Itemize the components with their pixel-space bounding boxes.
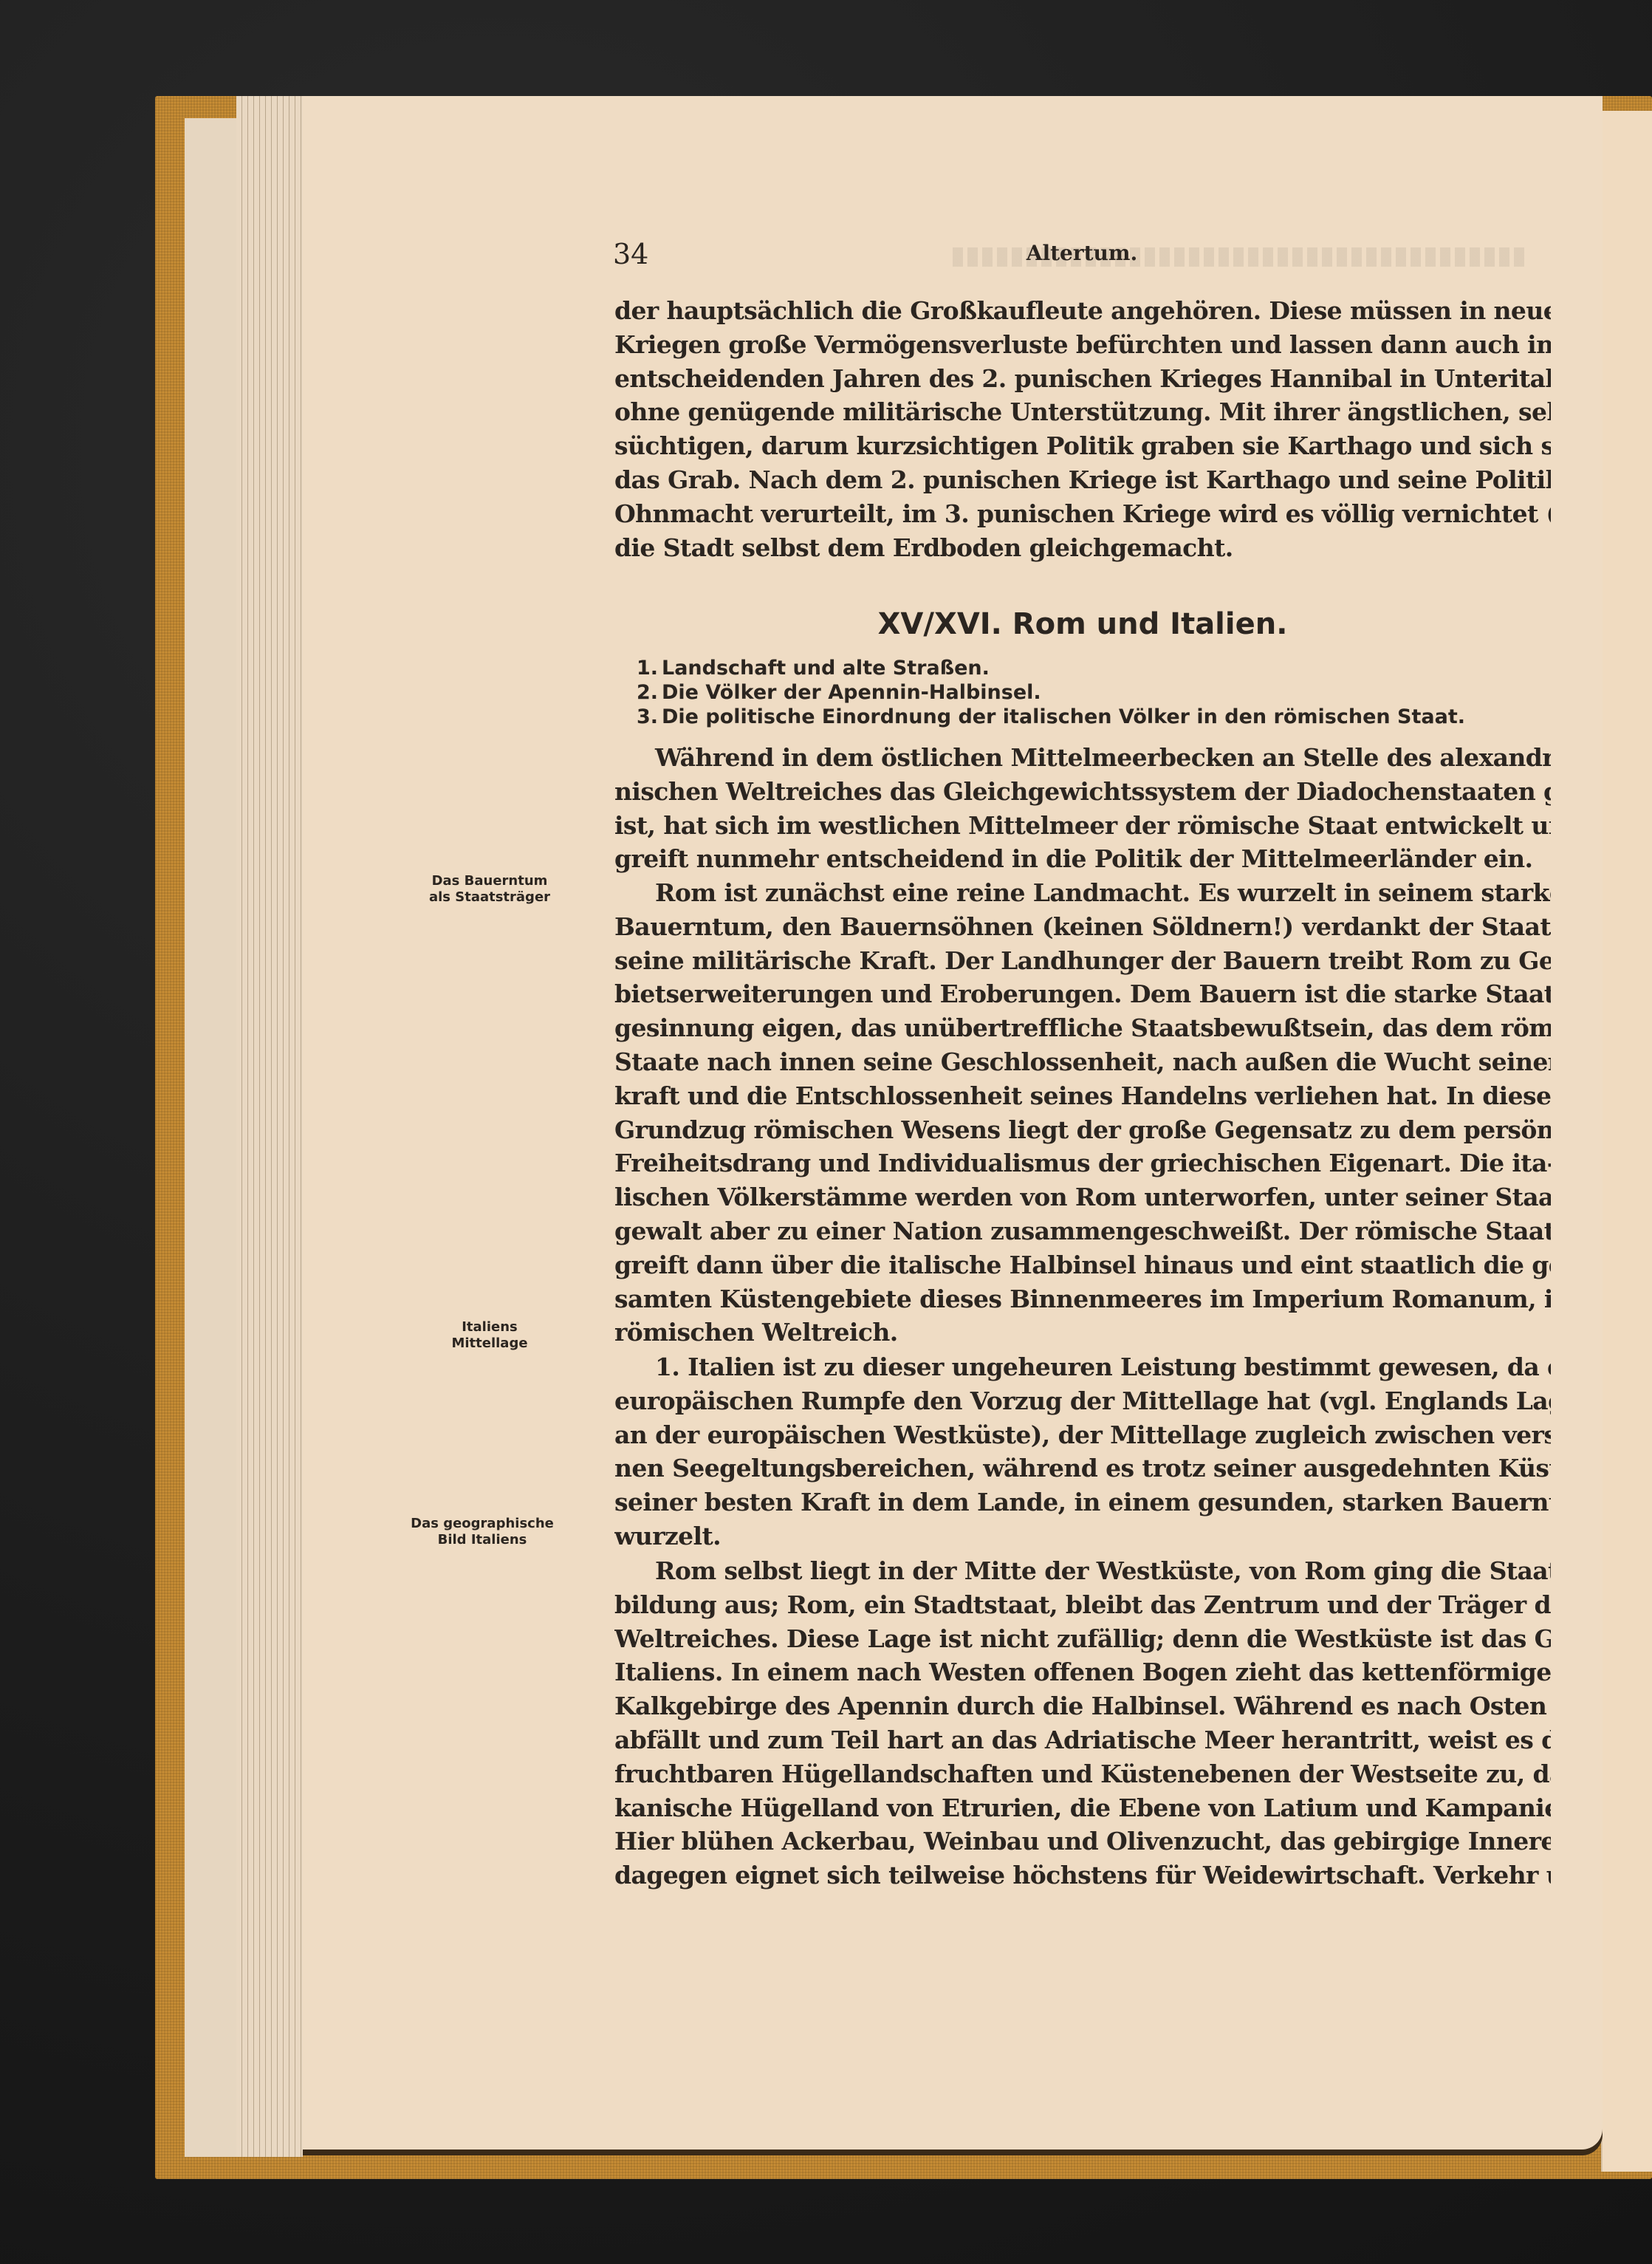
text-line: fruchtbaren Hügellandschaften und Küsten… [614, 1757, 1551, 1791]
text-line: europäischen Rumpfe den Vorzug der Mitte… [614, 1384, 1551, 1418]
text-line: bildung aus; Rom, ein Stadtstaat, bleibt… [614, 1588, 1551, 1622]
text-line: entscheidenden Jahren des 2. punischen K… [614, 362, 1551, 396]
text-line: römischen Weltreich. [614, 1316, 1551, 1350]
text-line: Kriegen große Vermögensverluste befürcht… [614, 328, 1551, 362]
paragraph-geography: Rom selbst liegt in der Mitte der Westkü… [614, 1554, 1551, 1892]
intro-paragraph: der hauptsächlich die Großkaufleute ange… [614, 294, 1551, 564]
text-line: Italiens. In einem nach Westen offenen B… [614, 1655, 1551, 1689]
marginal-note-bauerntum: Das Bauerntum als Staatsträger [412, 873, 567, 906]
text-line: greift nunmehr entscheidend in die Polit… [614, 842, 1551, 876]
text-line: ist, hat sich im westlichen Mittelmeer d… [614, 809, 1551, 843]
endpaper [185, 118, 236, 2157]
text-line: Freiheitsdrang und Individualismus der g… [614, 1146, 1551, 1180]
text-line: seine militärische Kraft. Der Landhunger… [614, 944, 1551, 978]
text-line: Rom selbst liegt in der Mitte der Westkü… [614, 1554, 1551, 1588]
outline-item: 1.Landschaft und alte Straßen. [637, 656, 1560, 680]
text-line: 1. Italien ist zu dieser ungeheuren Leis… [614, 1350, 1551, 1384]
text-line: süchtigen, darum kurzsichtigen Politik g… [614, 429, 1551, 463]
text-line: samten Küstengebiete dieses Binnenmeeres… [614, 1282, 1551, 1316]
text-line: nen Seegeltungsbereichen, während es tro… [614, 1451, 1551, 1485]
facing-page-edge [1601, 111, 1652, 2172]
text-line: Bauerntum, den Bauernsöhnen (keinen Söld… [614, 910, 1551, 944]
paragraph-mediterranean: Während in dem östlichen Mittelmeerbecke… [614, 741, 1551, 876]
text-line: Kalkgebirge des Apennin durch die Halbin… [614, 1689, 1551, 1723]
outline-item: 2.Die Völker der Apennin-Halbinsel. [637, 680, 1560, 705]
text-line: Während in dem östlichen Mittelmeerbecke… [614, 741, 1551, 775]
running-head-title: Altertum. [613, 241, 1551, 265]
outline-item: 3.Die politische Einordnung der italisch… [637, 705, 1560, 729]
running-head: 34 Altertum. [613, 238, 1551, 275]
text-line: greift dann über die italische Halbinsel… [614, 1248, 1551, 1282]
text-line: gewalt aber zu einer Nation zusammengesc… [614, 1214, 1551, 1248]
paragraph-mittellage: 1. Italien ist zu dieser ungeheuren Leis… [614, 1350, 1551, 1553]
chapter-outline: 1.Landschaft und alte Straßen. 2.Die Völ… [637, 656, 1560, 729]
text-line: kanische Hügelland von Etrurien, die Ebe… [614, 1791, 1551, 1825]
text-line: lischen Völkerstämme werden von Rom unte… [614, 1180, 1551, 1214]
text-line: Grundzug römischen Wesens liegt der groß… [614, 1113, 1551, 1147]
text-line: dagegen eignet sich teilweise höchstens … [614, 1858, 1551, 1892]
text-line: gesinnung eigen, das unübertreffliche St… [614, 1011, 1551, 1045]
chapter-title: XV/XVI. Rom und Italien. [614, 607, 1551, 641]
text-line: Staate nach innen seine Geschlossenheit,… [614, 1045, 1551, 1079]
text-line: kraft und die Entschlossenheit seines Ha… [614, 1079, 1551, 1113]
text-line: seiner besten Kraft in dem Lande, in ein… [614, 1485, 1551, 1519]
text-line: nischen Weltreiches das Gleichgewichtssy… [614, 775, 1551, 809]
text-line: bietserweiterungen und Eroberungen. Dem … [614, 977, 1551, 1011]
page-stack-edges [236, 96, 303, 2157]
text-line: abfällt und zum Teil hart an das Adriati… [614, 1723, 1551, 1757]
text-line: Hier blühen Ackerbau, Weinbau und Oliven… [614, 1824, 1551, 1858]
text-line: Weltreiches. Diese Lage ist nicht zufäll… [614, 1622, 1551, 1656]
marginal-note-mittellage: Italiens Mittellage [412, 1319, 567, 1352]
text-line: die Stadt selbst dem Erdboden gleichgema… [614, 531, 1551, 565]
text-line: wurzelt. [614, 1519, 1551, 1553]
text-line: das Grab. Nach dem 2. punischen Kriege i… [614, 463, 1551, 497]
text-line: Ohnmacht verurteilt, im 3. punischen Kri… [614, 497, 1551, 531]
text-line: der hauptsächlich die Großkaufleute ange… [614, 294, 1551, 328]
text-line: ohne genügende militärische Unterstützun… [614, 395, 1551, 429]
text-line: an der europäischen Westküste), der Mitt… [614, 1418, 1551, 1452]
marginal-note-geographie: Das geographische Bild Italiens [405, 1516, 560, 1548]
text-line: Rom ist zunächst eine reine Landmacht. E… [614, 876, 1551, 910]
paragraph-bauerntum: Rom ist zunächst eine reine Landmacht. E… [614, 876, 1551, 1350]
